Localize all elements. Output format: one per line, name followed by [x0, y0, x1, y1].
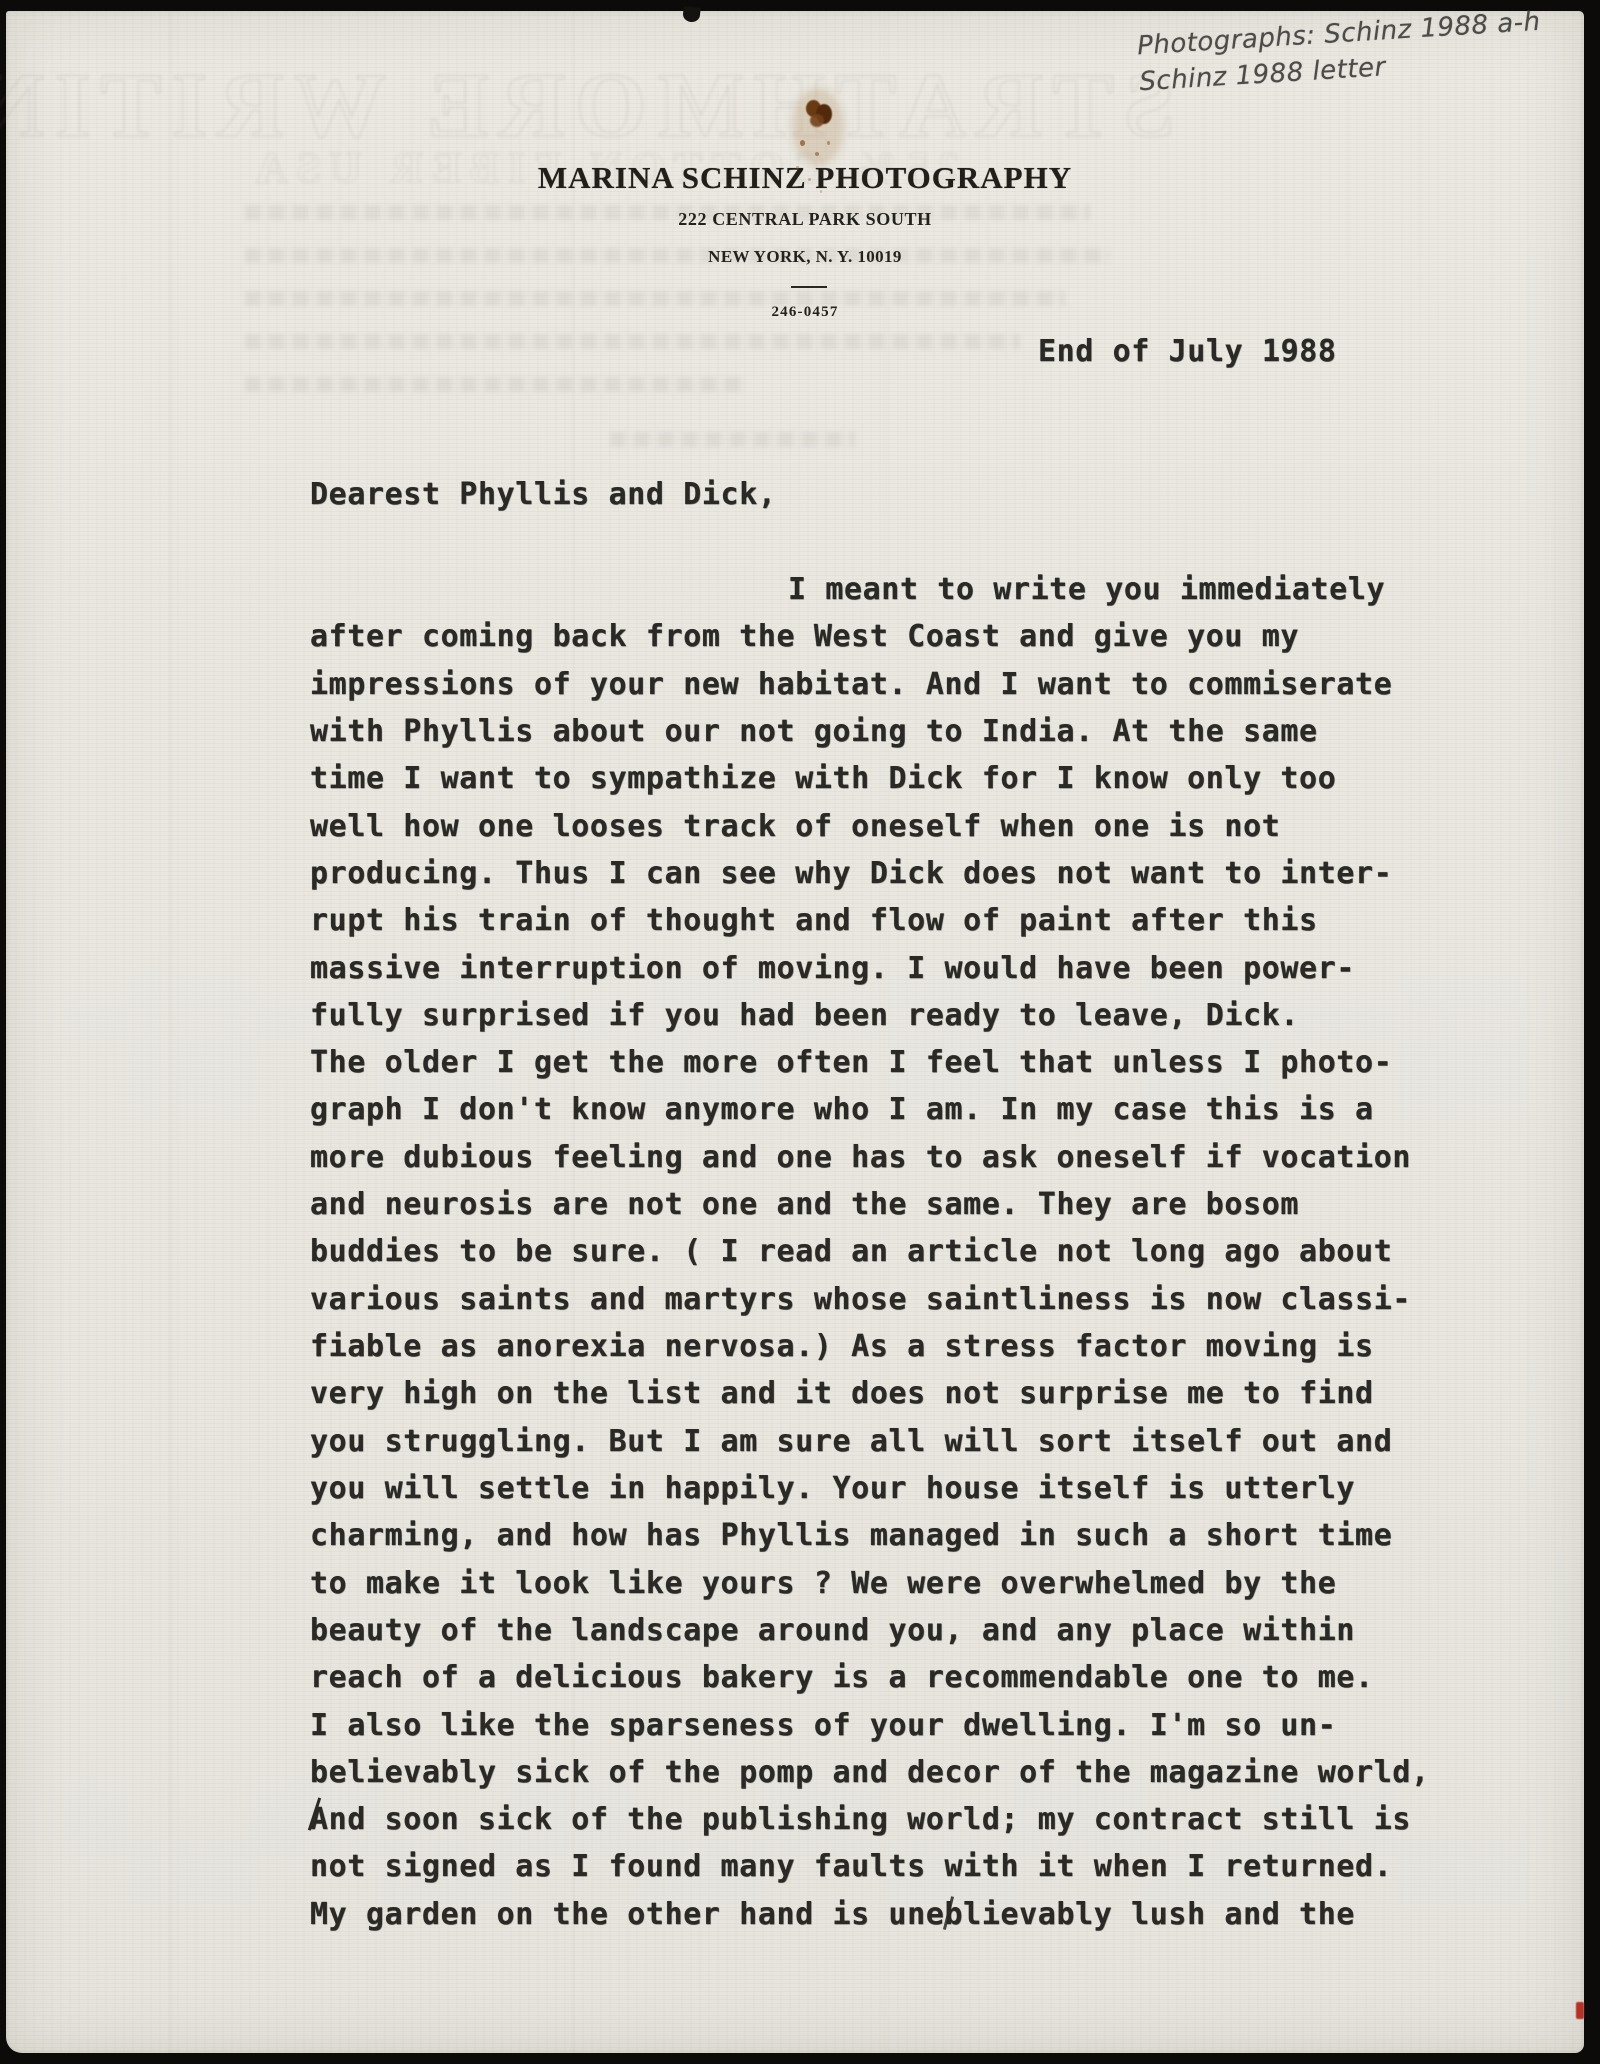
letter-body-line: after coming back from the West Coast an…: [310, 613, 1430, 660]
letter-body-line: massive interruption of moving. I would …: [310, 945, 1430, 992]
red-edge-mark: [1576, 2002, 1584, 2019]
showthrough-line: [245, 377, 745, 392]
letter-body-line: The older I get the more often I feel th…: [310, 1039, 1430, 1086]
letter-body-line: not signed as I found many faults with i…: [310, 1843, 1430, 1890]
letter-body-line: fully surprised if you had been ready to…: [310, 992, 1430, 1039]
letter-body-line: you struggling. But I am sure all will s…: [310, 1418, 1430, 1465]
letter-body-line: My garden on the other hand is uneblieva…: [310, 1891, 1430, 1938]
letter-salutation: Dearest Phyllis and Dick,: [310, 471, 777, 518]
letter-body: I meant to write you immediatelyafter co…: [310, 566, 1430, 1938]
letter-body-line: producing. Thus I can see why Dick does …: [310, 850, 1430, 897]
ink-speck: [815, 152, 819, 156]
letter-body-line: well how one looses track of oneself whe…: [310, 803, 1430, 850]
letter-body-line: fiable as anorexia nervosa.) As a stress…: [310, 1323, 1430, 1370]
letter-date: End of July 1988: [1038, 328, 1337, 375]
letter-body-line: graph I don't know anymore who I am. In …: [310, 1086, 1430, 1133]
letter-body-line: reach of a delicious bakery is a recomme…: [310, 1654, 1430, 1701]
letter-body-line: And soon sick of the publishing world; m…: [310, 1796, 1430, 1843]
letter-body-line: I also like the sparseness of your dwell…: [310, 1702, 1430, 1749]
letter-body-line: I meant to write you immediately: [310, 566, 1430, 613]
ink-speck: [800, 140, 805, 146]
ink-speck: [827, 141, 830, 145]
letter-body-line: you will settle in happily. Your house i…: [310, 1465, 1430, 1512]
ink-speck: [820, 190, 822, 193]
letterhead-address-city: NEW YORK, N. Y. 10019: [6, 247, 1600, 267]
letterhead-divider-rule: [791, 286, 827, 288]
letter-body-line: rupt his train of thought and flow of pa…: [310, 897, 1430, 944]
letter-body-line: to make it look like yours ? We were ove…: [310, 1560, 1430, 1607]
ink-speck: [796, 166, 799, 169]
showthrough-line: [245, 334, 1020, 349]
showthrough-line: [610, 432, 855, 447]
letter-body-line: with Phyllis about our not going to Indi…: [310, 708, 1430, 755]
letter-body-line: and neurosis are not one and the same. T…: [310, 1181, 1430, 1228]
letter-body-line: charming, and how has Phyllis managed in…: [310, 1512, 1430, 1559]
letter-body-line: beauty of the landscape around you, and …: [310, 1607, 1430, 1654]
letterhead-phone: 246-0457: [6, 304, 1600, 321]
letter-body-line: believably sick of the pomp and decor of…: [310, 1749, 1430, 1796]
letter-body-line: time I want to sympathize with Dick for …: [310, 755, 1430, 802]
letterhead-address-street: 222 CENTRAL PARK SOUTH: [6, 209, 1600, 230]
letter-body-line: various saints and martyrs whose saintli…: [310, 1276, 1430, 1323]
letter-body-line: very high on the list and it does not su…: [310, 1370, 1430, 1417]
letter-body-line: more dubious feeling and one has to ask …: [310, 1134, 1430, 1181]
letterhead-name: MARINA SCHINZ PHOTOGRAPHY: [6, 160, 1600, 196]
letter-body-line: buddies to be sure. ( I read an article …: [310, 1228, 1430, 1275]
ink-speck: [808, 178, 811, 181]
rust-stain: [810, 114, 824, 127]
letter-body-line: impressions of your new habitat. And I w…: [310, 661, 1430, 708]
scanned-letter-page: STRATHMORE WRITING 25% COTTON FIBER USA …: [0, 0, 1600, 2064]
